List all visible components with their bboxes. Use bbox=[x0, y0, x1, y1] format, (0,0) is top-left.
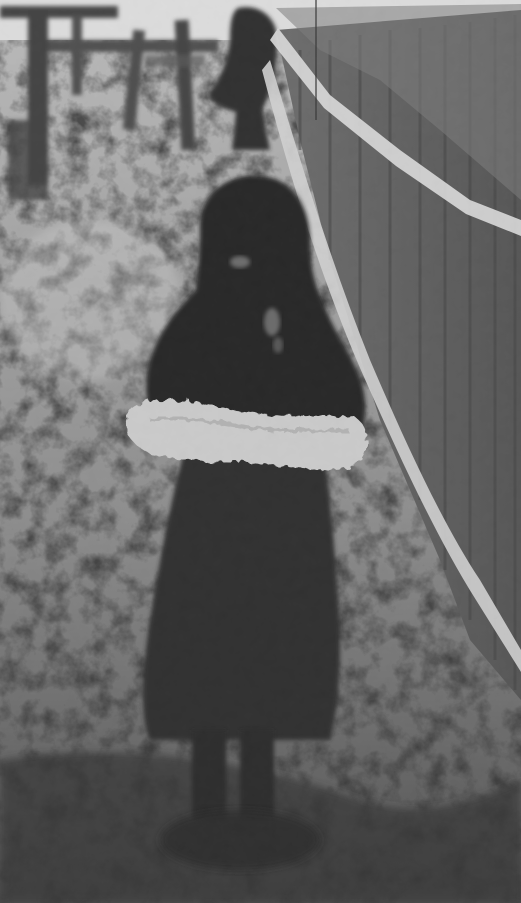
photo-canvas bbox=[0, 0, 521, 903]
grain-overlay bbox=[0, 0, 521, 903]
photograph: Grainy black-and-white newspaper photogr… bbox=[0, 0, 521, 903]
